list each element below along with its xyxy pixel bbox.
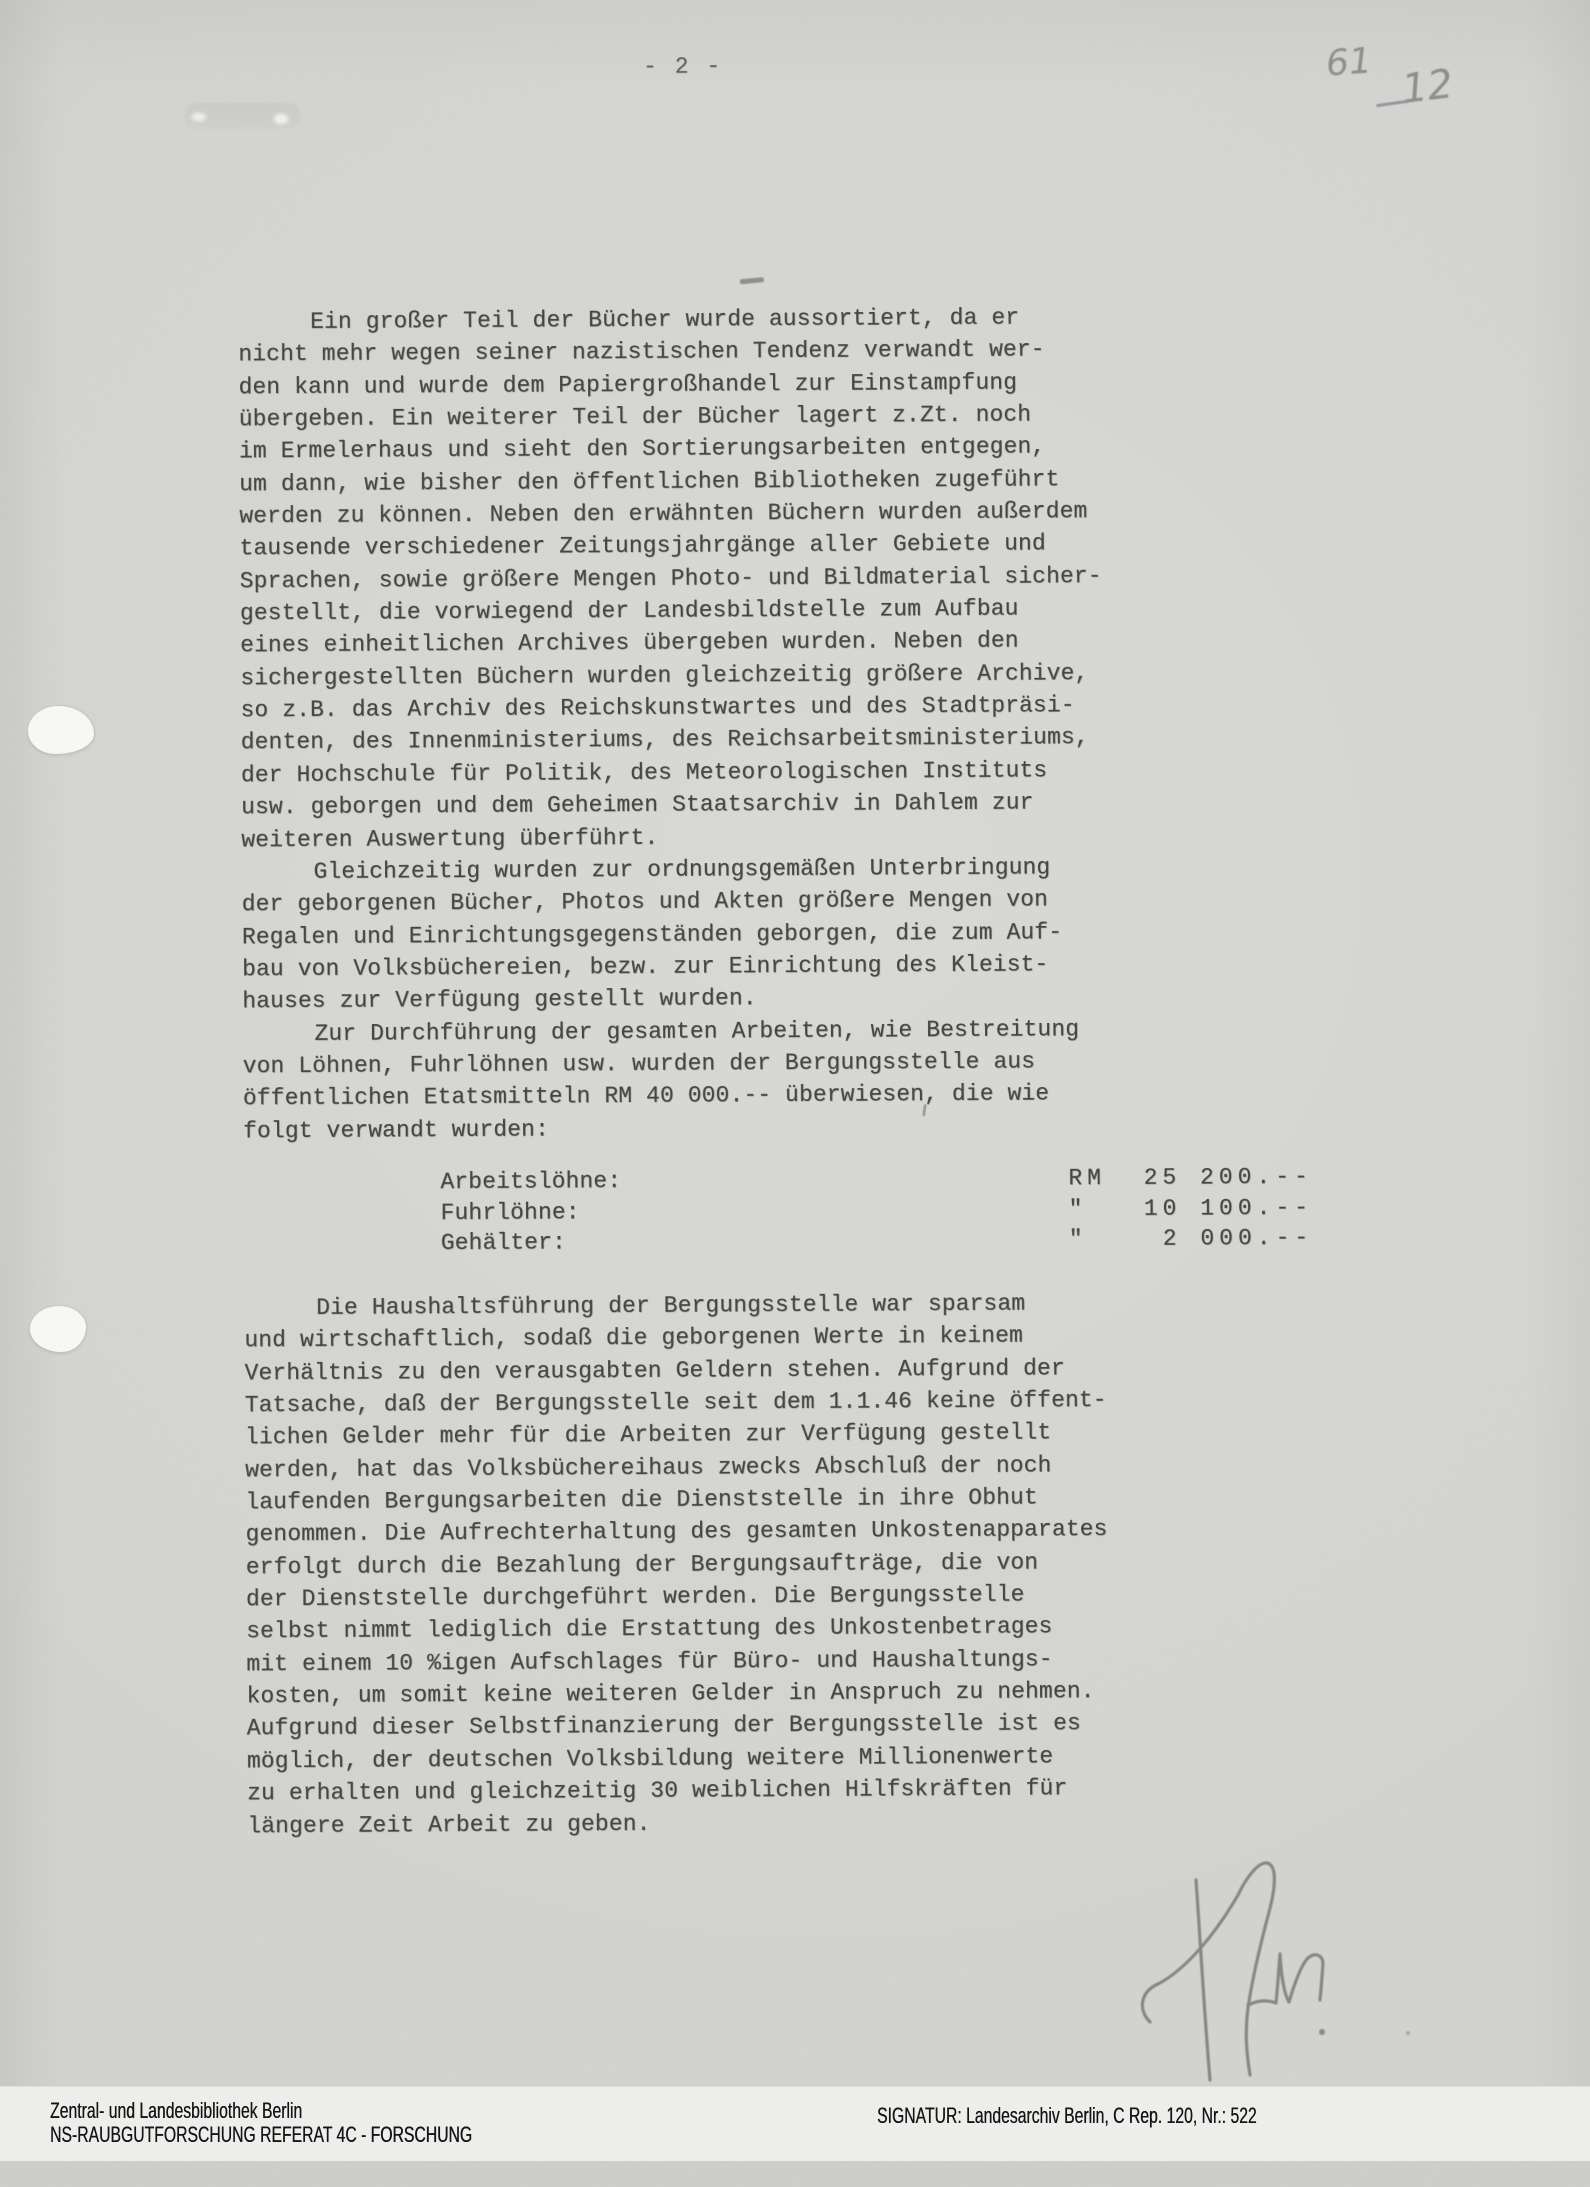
scanned-document-page: - 2 - Ein großer Teil der Bücher wurde a… <box>0 0 1590 2187</box>
footer-signature-ref: SIGNATUR: Landesarchiv Berlin, C Rep. 12… <box>877 2104 1257 2127</box>
allocations-table: Arbeitslöhne: RM 25 200.-- Fuhrlöhne: " … <box>243 1163 1154 1260</box>
typed-line: Regalen und Einrichtungsgegenständen geb… <box>242 915 1152 953</box>
table-label: Arbeitslöhne: <box>440 1166 621 1198</box>
table-value: " 10 100.-- <box>1068 1192 1313 1224</box>
paragraph: Gleichzeitig wurden zur ordnungsgemäßen … <box>241 851 1152 1018</box>
typed-line: der geborgenen Bücher, Photos und Akten … <box>242 883 1152 921</box>
punch-hole-bottom <box>30 1306 86 1352</box>
table-label: Gehälter: <box>441 1227 566 1258</box>
paragraph: Zur Durchführung der gesamten Arbeiten, … <box>242 1012 1153 1147</box>
table-value: " 2 000.-- <box>1069 1223 1314 1255</box>
handwritten-number-12: 12 <box>1399 61 1455 113</box>
footer-bar: Zentral- und Landesbibliothek Berlin NS-… <box>0 2086 1590 2162</box>
page-number: - 2 - <box>583 53 783 80</box>
typed-line: eines einheitlichen Archives übergeben w… <box>240 624 1150 662</box>
typed-line: und wirtschaftlich, sodaß die geborgenen… <box>244 1319 1154 1357</box>
typed-line: lichen Gelder mehr für die Arbeiten zur … <box>245 1416 1155 1454</box>
footer-org-line1: Zentral- und Landesbibliothek Berlin <box>50 2099 472 2123</box>
table-value: RM 25 200.-- <box>1068 1162 1313 1194</box>
typed-line: öffentlichen Etatsmitteln RM 40 000.-- ü… <box>243 1077 1153 1115</box>
footer-org-line2: NS-RAUBGUTFORSCHUNG REFERAT 4C - FORSCHU… <box>50 2123 472 2147</box>
typed-line: Zur Durchführung der gesamten Arbeiten, … <box>242 1012 1152 1050</box>
typed-line: selbst nimmt lediglich die Erstattung de… <box>246 1610 1156 1648</box>
table-label: Fuhrlöhne: <box>440 1197 579 1228</box>
typed-body: Ein großer Teil der Bücher wurde aussort… <box>238 301 1153 1147</box>
typed-line: nicht mehr wegen seiner nazistischen Ten… <box>238 333 1148 371</box>
typed-dash-mark <box>740 277 764 284</box>
typed-line: zu erhalten und gleichzeitig 30 weiblich… <box>247 1772 1157 1810</box>
typed-line: längere Zeit Arbeit zu geben. <box>247 1804 1157 1842</box>
typed-line: im Ermelerhaus und sieht den Sortierungs… <box>239 430 1149 468</box>
closing-paragraph: Die Haushaltsführung der Bergungsstelle … <box>244 1287 1157 1842</box>
footer-left: Zentral- und Landesbibliothek Berlin NS-… <box>50 2099 472 2146</box>
typed-line: bau von Volksbüchereien, bezw. zur Einri… <box>242 948 1152 986</box>
typed-line: Aufgrund dieser Selbstfinanzierung der B… <box>247 1707 1157 1745</box>
paragraph: Ein großer Teil der Bücher wurde aussort… <box>238 301 1151 856</box>
scan-bottom-edge <box>0 2161 1590 2187</box>
typed-line: genommen. Die Aufrechterhaltung des gesa… <box>245 1513 1155 1551</box>
typed-line: usw. geborgen und dem Geheimen Staatsarc… <box>241 786 1151 824</box>
handwritten-number-61: 61 <box>1325 40 1374 84</box>
typed-line: folgt verwandt wurden: <box>243 1109 1153 1147</box>
table-row: Gehälter: " 2 000.-- <box>244 1224 1154 1260</box>
signature <box>1130 1850 1460 2085</box>
typed-line: denten, des Innenministeriums, des Reich… <box>241 721 1151 759</box>
typed-line: tausende verschiedener Zeitungsjahrgänge… <box>239 527 1149 565</box>
